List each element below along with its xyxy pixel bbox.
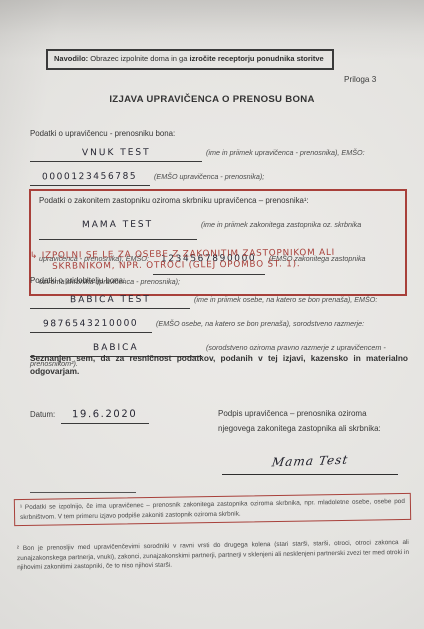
transferor-emso-hint: (EMŠO upravičenca - prenosnika); xyxy=(154,172,264,181)
date-row: Datum: 19.6.2020 xyxy=(30,404,149,424)
date-label: Datum: xyxy=(30,410,55,419)
section-transferor: Podatki o upravičencu - prenosniku bona:… xyxy=(30,129,410,186)
instruction-text-bold: izročite receptorju ponudnika storitve xyxy=(190,54,324,63)
red-handwritten-annotation: ↳ IZPOLNI SE LE ZA OSEBE Z ZAKONITIM ZAS… xyxy=(30,247,422,273)
document-title: IZJAVA UPRAVIČENCA O PRENOSU BONA xyxy=(0,94,424,105)
liability-statement: Seznanjen sem, da za resničnost podatkov… xyxy=(30,352,408,378)
scanned-form-photo: Navodilo: Obrazec izpolnite doma in ga i… xyxy=(0,0,424,629)
instruction-box: Navodilo: Obrazec izpolnite doma in ga i… xyxy=(46,49,334,70)
date-handwritten: 19.6.2020 xyxy=(72,409,137,420)
representative-name-hint-line1: (ime in priimek zakonitega zastopnika oz… xyxy=(201,218,361,232)
instruction-text: Obrazec izpolnite doma in ga xyxy=(90,54,187,63)
date-field: 19.6.2020 xyxy=(61,404,149,424)
acquirer-emso-hint: (EMŠO osebe, na katero se bon prenaša), … xyxy=(156,319,364,328)
instruction-label: Navodilo: xyxy=(54,54,88,63)
signature-block: Podpis upravičenca – prenosnika oziroma … xyxy=(218,406,413,475)
acquirer-relation-hint-line1: (sorodstveno oziroma pravno razmerje z u… xyxy=(206,343,386,352)
acquirer-name-handwritten: BABICA TEST xyxy=(70,295,151,306)
transferor-emso-field: 0000123456785 xyxy=(30,166,150,186)
acquirer-name-field: BABICA TEST xyxy=(30,289,190,309)
signature-label-line1: Podpis upravičenca – prenosnika oziroma xyxy=(218,406,413,421)
signature-handwritten: Mama Test xyxy=(270,449,350,475)
representative-name-field: MAMA TEST xyxy=(39,208,197,240)
footnote-2: ² Bon je prenosljiv med upravičenčevimi … xyxy=(17,538,409,573)
acquirer-emso-handwritten: 9876543210000 xyxy=(43,319,138,330)
transferor-emso-handwritten: 0000123456785 xyxy=(42,172,137,183)
signature-label-line2: njegovega zakonitega zastopnika ali skrb… xyxy=(218,421,413,436)
transferor-name-field: VNUK TEST xyxy=(30,142,202,162)
transferor-name-hint: (ime in priimek upravičenca - prenosnika… xyxy=(206,148,365,157)
section-transferor-heading: Podatki o upravičencu - prenosniku bona: xyxy=(30,129,410,138)
transferor-name-handwritten: VNUK TEST xyxy=(82,148,151,158)
annex-label: Priloga 3 xyxy=(344,75,376,84)
section-representative-heading: Podatki o zakonitem zastopniku oziroma s… xyxy=(39,195,397,207)
signature-line: Mama Test xyxy=(222,450,398,475)
footnote-1-redbox: ¹ Podatki se izpolnijo, če ima upravičen… xyxy=(14,493,411,526)
representative-name-handwritten: MAMA TEST xyxy=(82,217,153,235)
footnote-separator xyxy=(30,492,136,493)
section-acquirer-heading: Podatki o pridobitelju bona: xyxy=(30,276,410,285)
acquirer-name-hint: (ime in priimek osebe, na katero se bon … xyxy=(194,295,377,304)
acquirer-emso-field: 9876543210000 xyxy=(30,313,152,333)
